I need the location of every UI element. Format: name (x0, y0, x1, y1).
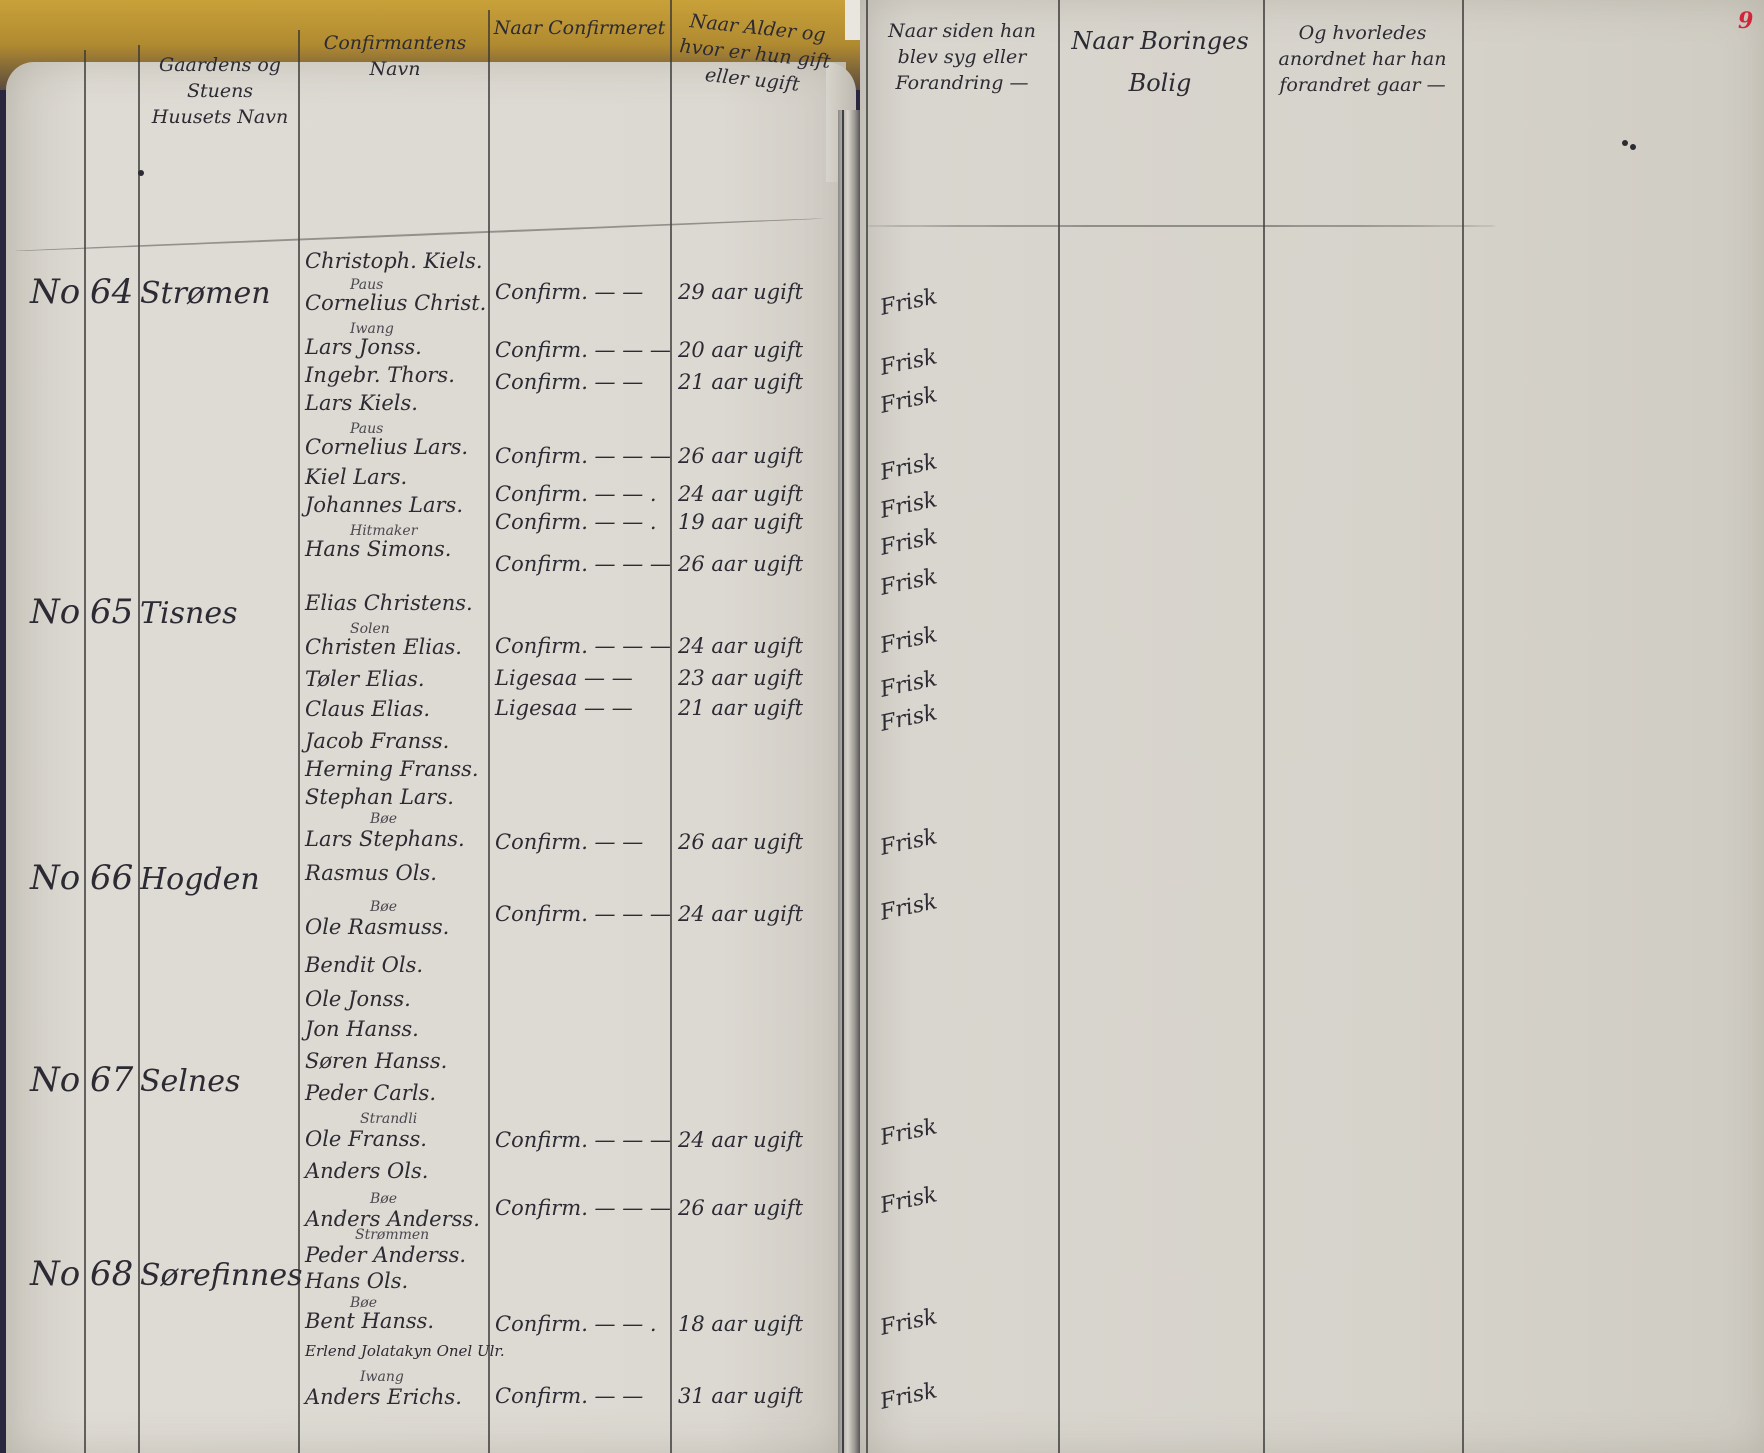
person-name: Christen Elias. (305, 636, 462, 658)
person-name: Bent Hanss. (305, 1310, 434, 1332)
entry-farm: Strømen (140, 276, 271, 311)
confirmed-cell: Confirm. — — — (495, 1196, 671, 1220)
header-age: Naar Alder og hvor er hun gift eller ugi… (671, 7, 838, 101)
person-name: Herning Franss. (305, 758, 479, 780)
person-nickname: Strømmen (355, 1228, 429, 1242)
age-cell: 21 aar ugift (678, 370, 803, 394)
person-name: Ingebr. Thors. (305, 364, 455, 386)
column-rule (84, 50, 86, 1453)
entry-no-label: No (30, 1060, 80, 1100)
person-nickname: Solen (350, 622, 390, 636)
person-name: Hans Ols. (305, 1270, 408, 1292)
header-living: Naar Boringes Bolig (1065, 20, 1255, 104)
entry-number: 68 (90, 1254, 133, 1294)
entry-number: 67 (90, 1060, 133, 1100)
person-name: Hans Simons. (305, 538, 451, 560)
confirmed-cell: Confirm. — — — (495, 444, 671, 468)
confirmed-cell: Confirm. — — (495, 1384, 643, 1408)
age-cell: 31 aar ugift (678, 1384, 803, 1408)
header-health: Naar siden han blev syg eller Forandring… (872, 18, 1052, 96)
age-cell: 26 aar ugift (678, 830, 803, 854)
person-name: Cornelius Christ. (305, 292, 486, 314)
age-cell: 19 aar ugift (678, 510, 803, 534)
person-name: Ole Jonss. (305, 988, 411, 1010)
header-rule (866, 225, 1496, 227)
confirmed-cell: Ligesaa — — (495, 666, 633, 690)
person-name: Kiel Lars. (305, 466, 407, 488)
person-name: Ole Franss. (305, 1128, 427, 1150)
confirmed-cell: Confirm. — — . (495, 482, 657, 506)
person-name: Bendit Ols. (305, 954, 423, 976)
person-nickname: Hitmaker (350, 524, 417, 538)
person-name: Peder Carls. (305, 1082, 436, 1104)
person-name: Anders Erichs. (305, 1386, 462, 1408)
age-cell: 24 aar ugift (678, 482, 803, 506)
person-nickname: Bøe (370, 1192, 397, 1206)
person-name: Rasmus Ols. (305, 862, 437, 884)
column-rule (1462, 0, 1464, 1453)
person-name: Lars Jonss. (305, 336, 422, 358)
person-nickname: Bøe (370, 812, 397, 826)
confirmed-cell: Confirm. — — . (495, 510, 657, 534)
person-name: Cornelius Lars. (305, 436, 468, 458)
page-number: 9 (1738, 8, 1753, 34)
age-cell: 18 aar ugift (678, 1312, 803, 1336)
person-nickname: Iwang (360, 1370, 404, 1384)
person-name: Søren Hanss. (305, 1050, 447, 1072)
confirmed-cell: Ligesaa — — (495, 696, 633, 720)
entry-no-label: No (30, 858, 80, 898)
age-cell: 21 aar ugift (678, 696, 803, 720)
confirmed-cell: Confirm. — — (495, 830, 643, 854)
person-name: Lars Stephans. (305, 828, 465, 850)
age-cell: 24 aar ugift (678, 902, 803, 926)
person-name: Christoph. Kiels. (305, 250, 483, 272)
person-name: Elias Christens. (305, 592, 473, 614)
entry-farm: Sørefinnes (140, 1258, 303, 1293)
age-cell: 26 aar ugift (678, 444, 803, 468)
confirmed-cell: Confirm. — — . (495, 1312, 657, 1336)
person-name: Lars Kiels. (305, 392, 418, 414)
column-rule (138, 45, 140, 1453)
person-name: Johannes Lars. (305, 494, 463, 516)
confirmed-cell: Confirm. — — — (495, 1128, 671, 1152)
ink-spot (138, 170, 144, 176)
age-cell: 26 aar ugift (678, 1196, 803, 1220)
entry-number: 65 (90, 592, 133, 632)
header-confirmed: Naar Confirmeret (492, 15, 667, 41)
confirmed-cell: Confirm. — — — (495, 552, 671, 576)
header-farm: Gaardens og Stuens Huusets Navn (145, 52, 295, 130)
person-nickname: Paus (350, 278, 383, 292)
age-cell: 24 aar ugift (678, 634, 803, 658)
entry-farm: Tisnes (140, 596, 237, 631)
entry-farm: Hogden (140, 862, 260, 897)
entry-number: 64 (90, 272, 133, 312)
person-name: Ole Rasmuss. (305, 916, 449, 938)
ink-spot (1622, 140, 1628, 146)
column-rule (1263, 0, 1265, 1453)
confirmed-cell: Confirm. — — (495, 280, 643, 304)
person-nickname: Bøe (350, 1296, 377, 1310)
person-nickname: Paus (350, 422, 383, 436)
entry-no-label: No (30, 272, 80, 312)
age-cell: 20 aar ugift (678, 338, 803, 362)
person-name: Claus Elias. (305, 698, 430, 720)
age-cell: 24 aar ugift (678, 1128, 803, 1152)
age-cell: 29 aar ugift (678, 280, 803, 304)
column-rule (670, 0, 672, 1453)
entry-no-label: No (30, 1254, 80, 1294)
person-name: Tøler Elias. (305, 668, 425, 690)
person-nickname: Bøe (370, 900, 397, 914)
confirmed-cell: Confirm. — — — (495, 338, 671, 362)
column-rule (488, 10, 490, 1453)
person-name: Jacob Franss. (305, 730, 449, 752)
column-rule (866, 0, 868, 1453)
header-remarks: Og hvorledes anordnet har han forandret … (1270, 20, 1455, 98)
person-nickname: Iwang (350, 322, 394, 336)
header-name: Confirmantens Navn (305, 30, 485, 82)
person-name: Stephan Lars. (305, 786, 454, 808)
ink-spot (1630, 144, 1636, 150)
person-name: Anders Ols. (305, 1160, 428, 1182)
age-cell: 26 aar ugift (678, 552, 803, 576)
confirmed-cell: Confirm. — — (495, 370, 643, 394)
entry-number: 66 (90, 858, 133, 898)
column-rule (1058, 0, 1060, 1453)
confirmed-cell: Confirm. — — — (495, 902, 671, 926)
right-page (860, 0, 1764, 1453)
column-rule (842, 110, 844, 1453)
entry-farm: Selnes (140, 1064, 240, 1099)
person-name: Jon Hanss. (305, 1018, 419, 1040)
entry-no-label: No (30, 592, 80, 632)
age-cell: 23 aar ugift (678, 666, 803, 690)
column-rule (298, 30, 300, 1453)
person-name: Erlend Jolatakyn Onel Ulr. (305, 1340, 505, 1362)
confirmed-cell: Confirm. — — — (495, 634, 671, 658)
person-nickname: Strandli (360, 1112, 417, 1126)
person-name: Peder Anderss. (305, 1244, 466, 1266)
